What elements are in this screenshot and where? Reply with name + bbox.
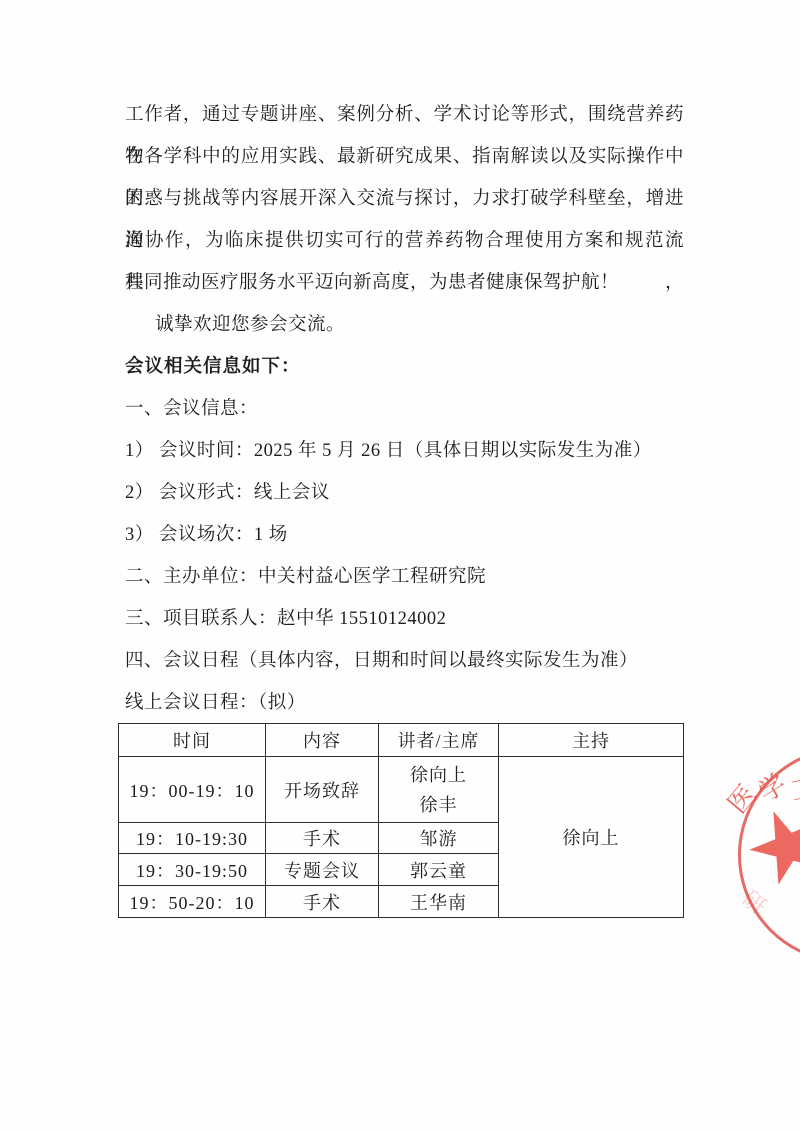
cell-content: 手术 — [266, 823, 379, 854]
info-line-meeting-format: 2） 会议形式：线上会议 — [125, 472, 684, 514]
info-line-contact: 三、项目联系人：赵中华 15510124002 — [125, 598, 684, 640]
table-header-row: 时间 内容 讲者/主席 主持 — [119, 724, 684, 757]
seal-circle-icon — [738, 747, 800, 963]
header-moderator: 主持 — [499, 724, 684, 757]
paragraph-line: 工作者，通过专题讲座、案例分析、学术讨论等形式，围绕营养药物 — [125, 94, 684, 136]
info-line-meeting-sessions: 3） 会议场次：1 场 — [125, 514, 684, 556]
speaker-name: 徐向上 — [379, 760, 498, 790]
seal-char: 工 — [788, 773, 800, 805]
paragraph-line: 在各学科中的应用实践、最新研究成果、指南解读以及实际操作中的 — [125, 136, 684, 178]
cell-time: 19：10-19:30 — [119, 823, 266, 854]
cell-content: 开场致辞 — [266, 757, 379, 823]
seal-char: 医 — [723, 780, 761, 818]
seal-star-icon: ★ — [729, 784, 800, 905]
section-heading: 会议相关信息如下： — [125, 346, 684, 388]
seal-char: 学 — [754, 770, 791, 807]
welcome-line: 诚挚欢迎您参会交流。 — [125, 304, 684, 346]
header-time: 时间 — [119, 724, 266, 757]
speaker-name: 徐丰 — [379, 790, 498, 820]
info-line-meeting-info: 一、会议信息： — [125, 388, 684, 430]
header-content: 内容 — [266, 724, 379, 757]
info-line-agenda: 四、会议日程（具体内容，日期和时间以最终实际发生为准） — [125, 640, 684, 682]
cell-content: 手术 — [266, 886, 379, 918]
cell-speakers: 邹游 — [379, 823, 499, 854]
cell-speakers: 王华南 — [379, 886, 499, 918]
cell-speakers: 郭云童 — [379, 854, 499, 886]
paragraph-line: 通协作，为临床提供切实可行的营养药物合理使用方案和规范流程， — [125, 220, 684, 262]
seal-char: 研 — [737, 886, 769, 918]
document-body: 工作者，通过专题讲座、案例分析、学术讨论等形式，围绕营养药物 在各学科中的应用实… — [125, 94, 684, 724]
scanned-meeting-notice-page: 工作者，通过专题讲座、案例分析、学术讨论等形式，围绕营养药物 在各学科中的应用实… — [0, 0, 800, 1131]
schedule-table: 时间 内容 讲者/主席 主持 19：00-19：10 开场致辞 徐向上 徐丰 徐… — [118, 723, 684, 918]
paragraph-line: 共同推动医疗服务水平迈向新高度，为患者健康保驾护航！ — [125, 262, 684, 304]
cell-content: 专题会议 — [266, 854, 379, 886]
paragraph-line: 困惑与挑战等内容展开深入交流与探讨，力求打破学科壁垒，增进沟 — [125, 178, 684, 220]
info-line-meeting-time: 1） 会议时间：2025 年 5 月 26 日（具体日期以实际发生为准） — [125, 430, 684, 472]
cell-speakers: 徐向上 徐丰 — [379, 757, 499, 823]
table-row: 19：00-19：10 开场致辞 徐向上 徐丰 徐向上 — [119, 757, 684, 823]
info-line-online-agenda: 线上会议日程：（拟） — [125, 682, 684, 724]
cell-time: 19：50-20：10 — [119, 886, 266, 918]
cell-time: 19：30-19:50 — [119, 854, 266, 886]
header-speaker: 讲者/主席 — [379, 724, 499, 757]
cell-time: 19：00-19：10 — [119, 757, 266, 823]
info-line-organizer: 二、主办单位：中关村益心医学工程研究院 — [125, 556, 684, 598]
cell-moderator: 徐向上 — [499, 757, 684, 918]
